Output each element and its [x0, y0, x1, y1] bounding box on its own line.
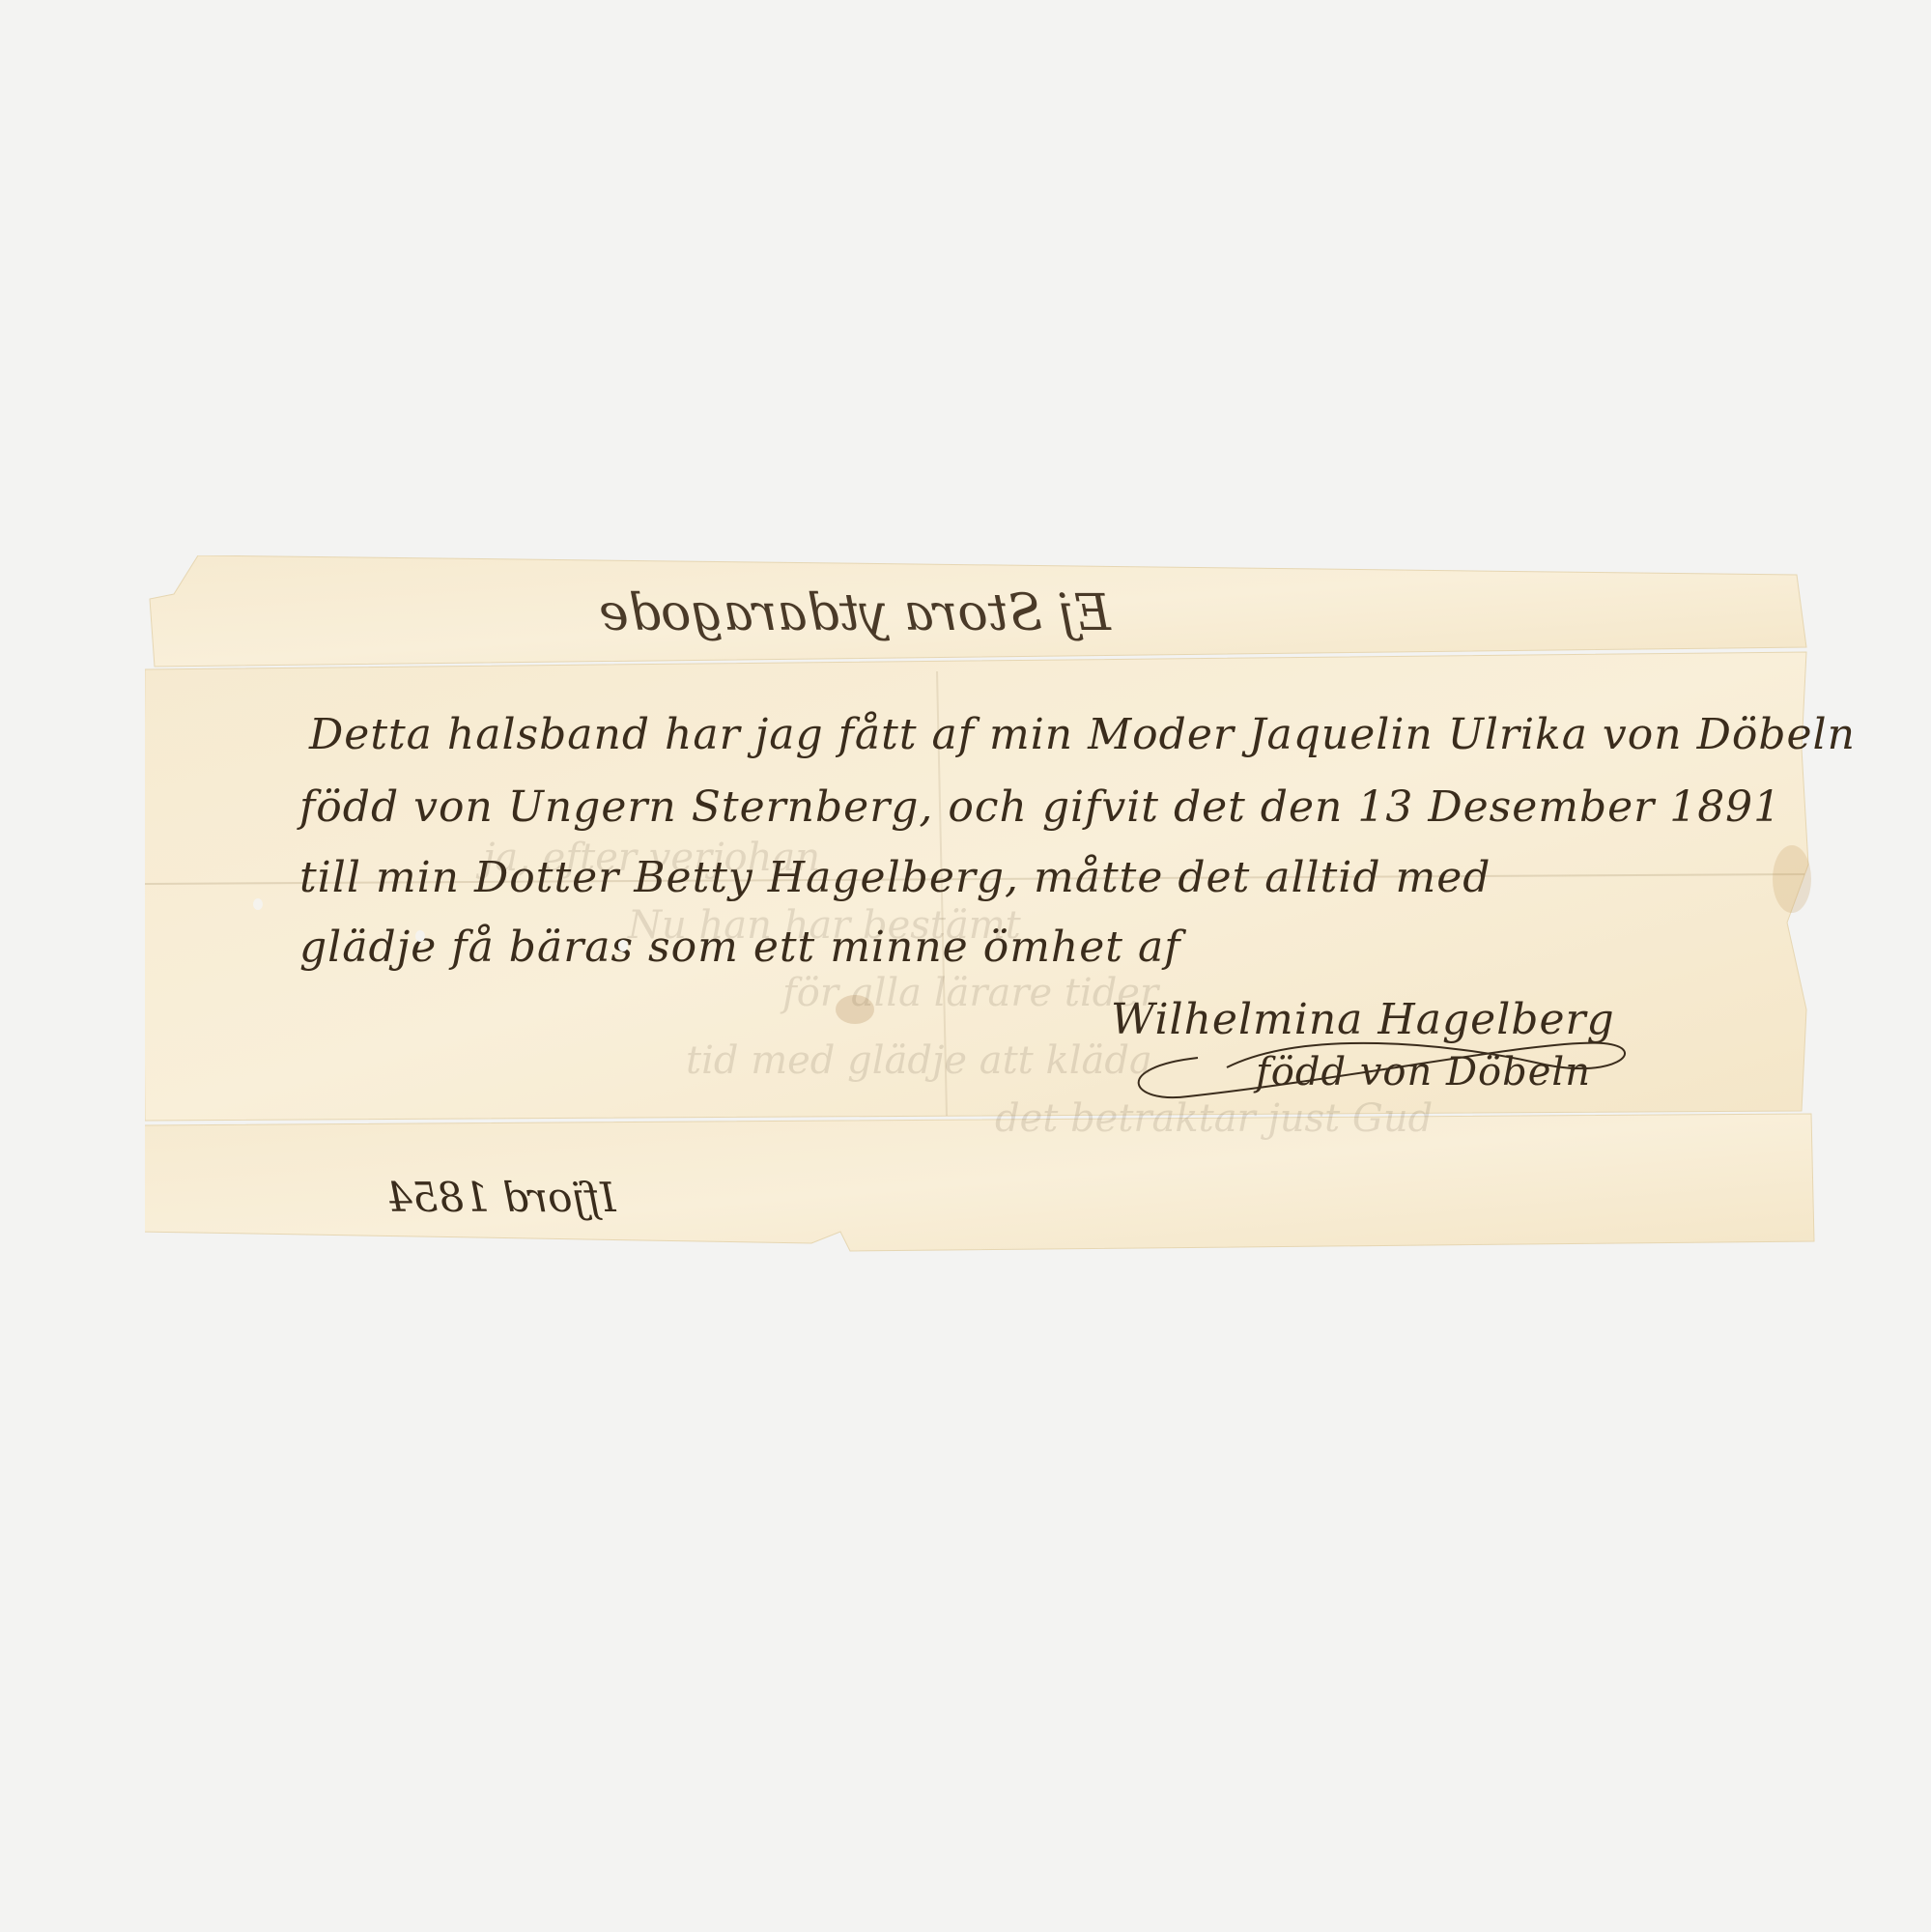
letter-line-1: Detta halsband har jag fått af min Moder… — [309, 710, 1856, 759]
handwritten-letter: Ej Stora ytdaragode ja, efter verjohan N… — [145, 555, 1816, 1256]
paper-stain — [1773, 845, 1811, 913]
mirrored-header-text: Ej Stora ytdaragode — [599, 584, 1111, 642]
signature-maiden-name: född von Döbeln — [1256, 1050, 1591, 1094]
letter-line-3: till min Dotter Betty Hagelberg, måtte d… — [299, 853, 1491, 902]
bleed-through-text: tid med glädje att kläda — [686, 1038, 1152, 1083]
paper-stain — [836, 995, 874, 1024]
letter-line-4: glädje få bäras som ett minne ömhet af — [299, 923, 1180, 972]
letter-line-2: född von Ungern Sternberg, och gifvit de… — [299, 782, 1781, 832]
mirrored-footer-date: Ifjord 1854 — [386, 1174, 616, 1221]
bleed-through-text: det betraktar just Gud — [995, 1096, 1433, 1141]
pin-hole — [253, 898, 263, 910]
signature-name: Wilhelmina Hagelberg — [1111, 995, 1615, 1044]
pin-hole — [415, 930, 425, 942]
pin-hole — [618, 940, 628, 952]
